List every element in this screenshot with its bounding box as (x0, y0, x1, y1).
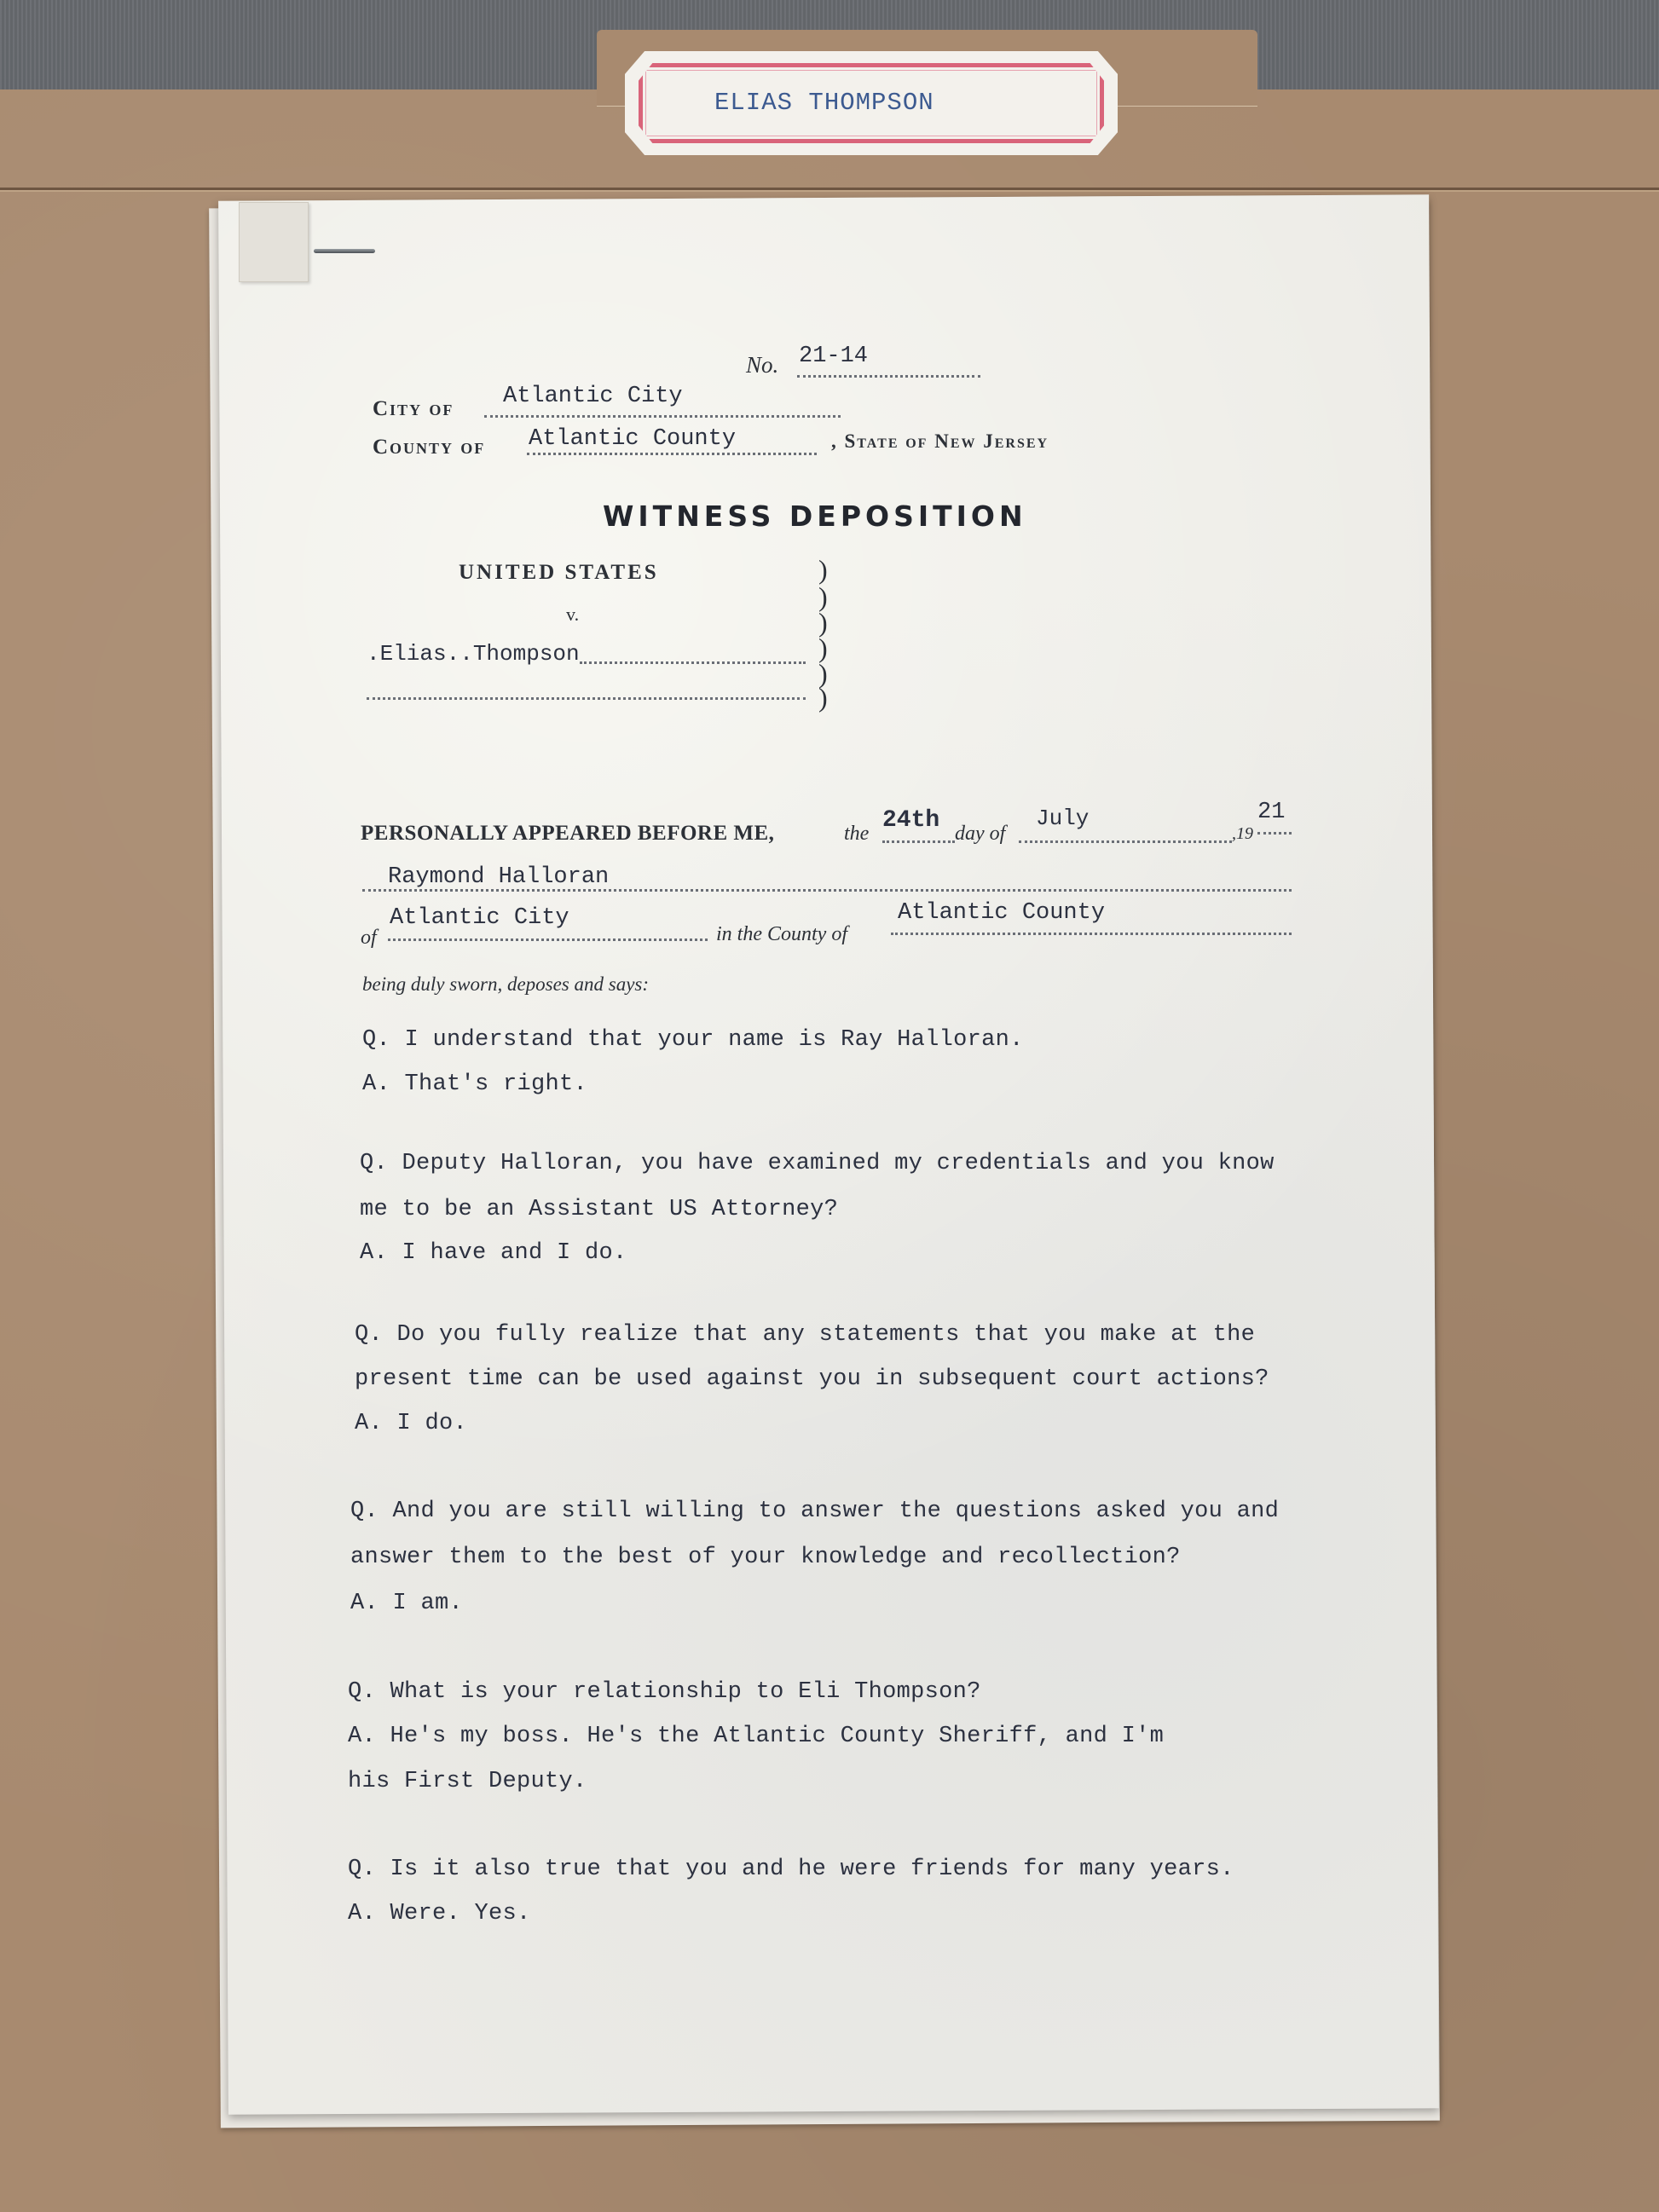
question: Q. Deputy Halloran, you have examined my… (360, 1151, 1275, 1176)
residence-county: Atlantic County (898, 900, 1105, 926)
answer: A. He's my boss. He's the Atlantic Count… (348, 1724, 1164, 1749)
folder-label-text: ELIAS THOMPSON (714, 89, 934, 117)
answer: A. I have and I do. (360, 1240, 627, 1266)
document-title: WITNESS DEPOSITION (603, 500, 1027, 533)
question: Q. I understand that your name is Ray Ha… (362, 1027, 1024, 1053)
answer: A. I am. (350, 1591, 463, 1616)
residence-line (388, 939, 708, 941)
question: Q. What is your relationship to Eli Thom… (348, 1679, 981, 1705)
question-continued: me to be an Assistant US Attorney? (360, 1197, 838, 1222)
year-prefix: ,19 (1232, 824, 1253, 844)
plaintiff: UNITED STATES (459, 561, 659, 585)
case-number-line (797, 375, 980, 378)
caption-bracket: ) (818, 682, 828, 713)
appeared-label: PERSONALLY APPEARED BEFORE ME, (361, 822, 774, 846)
folder-edge (0, 188, 1659, 190)
year-value: 21 (1257, 800, 1285, 825)
answer: A. That's right. (362, 1071, 587, 1097)
day-line (882, 840, 955, 843)
question-continued: answer them to the best of your knowledg… (350, 1545, 1181, 1570)
answer-continued: his First Deputy. (348, 1769, 587, 1794)
city-line (484, 415, 841, 418)
question-continued: present time can be used against you in … (355, 1366, 1269, 1392)
city-label: City of (373, 397, 454, 421)
folder-label: ELIAS THOMPSON (625, 51, 1118, 155)
question: Q. And you are still willing to answer t… (350, 1499, 1279, 1524)
the-label: the (844, 823, 869, 846)
residence-city: Atlantic City (390, 905, 569, 931)
question: Q. Do you fully realize that any stateme… (355, 1322, 1255, 1348)
answer: A. Were. Yes. (348, 1901, 531, 1926)
defendant-name: .Elias..Thompson (367, 641, 580, 667)
county-value: Atlantic County (529, 426, 736, 452)
question: Q. Is it also true that you and he were … (348, 1857, 1234, 1882)
month-value: July (1036, 806, 1089, 831)
folded-corner (239, 202, 309, 282)
in-county-label: in the County of (716, 923, 847, 946)
county-line (527, 453, 817, 455)
defendant-line (580, 661, 806, 664)
straight-pin-icon (314, 249, 375, 253)
sworn-statement: being duly sworn, deposes and says: (362, 973, 649, 996)
answer: A. I do. (355, 1411, 467, 1436)
residence-county-line (891, 933, 1292, 935)
day-of-label: day of (955, 823, 1005, 846)
year-line (1257, 832, 1292, 835)
case-number-value: 21-14 (799, 344, 868, 369)
county-label: County of (373, 436, 485, 459)
versus: v. (566, 604, 579, 626)
month-line (1019, 840, 1232, 843)
city-value: Atlantic City (503, 384, 683, 409)
day-value: 24th (882, 807, 939, 834)
state-label: , State of New Jersey (831, 430, 1049, 453)
witness-line (362, 889, 1292, 892)
of-label: of (361, 927, 377, 950)
defendant-line-2 (367, 697, 806, 700)
case-number-label: No. (746, 352, 778, 378)
witness-name: Raymond Halloran (388, 864, 609, 890)
